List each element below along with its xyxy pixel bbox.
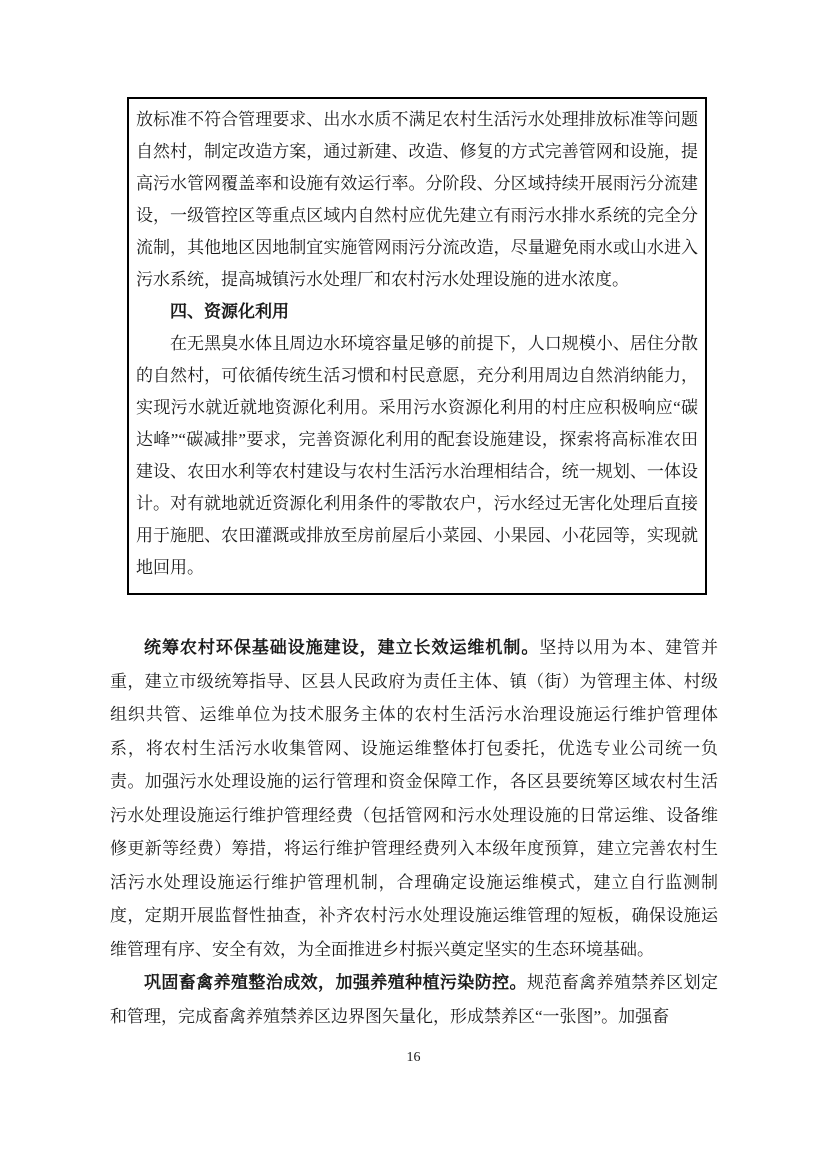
callout-box: 放标准不符合管理要求、出水水质不满足农村生活污水处理排放标准等问题自然村，制定改…: [127, 97, 707, 595]
paragraph-livestock: 巩固畜禽养殖整治成效，加强养殖种植污染防控。规范畜禽养殖禁养区划定和管理，完成畜…: [110, 966, 718, 1033]
box-continuation-paragraph: 放标准不符合管理要求、出水水质不满足农村生活污水处理排放标准等问题自然村，制定改…: [136, 104, 698, 296]
body-text: 统筹农村环保基础设施建设，建立长效运维机制。坚持以用为本、建管并重，建立市级统筹…: [110, 631, 718, 1033]
page-number: 16: [0, 1050, 827, 1066]
paragraph-lead-bold: 巩固畜禽养殖整治成效，加强养殖种植污染防控。: [144, 973, 527, 992]
paragraph-infrastructure: 统筹农村环保基础设施建设，建立长效运维机制。坚持以用为本、建管并重，建立市级统筹…: [110, 631, 718, 966]
paragraph-body-text: 坚持以用为本、建管并重，建立市级统筹指导、区县人民政府为责任主体、镇（街）为管理…: [110, 638, 718, 959]
box-section-paragraph: 在无黑臭水体且周边水环境容量足够的前提下，人口规模小、居住分散的自然村，可依循传…: [136, 328, 698, 584]
box-section-heading: 四、资源化利用: [136, 296, 698, 328]
paragraph-lead-bold: 统筹农村环保基础设施建设，建立长效运维机制。: [144, 638, 539, 657]
page-content: 放标准不符合管理要求、出水水质不满足农村生活污水处理排放标准等问题自然村，制定改…: [110, 97, 718, 1033]
document-page: 放标准不符合管理要求、出水水质不满足农村生活污水处理排放标准等问题自然村，制定改…: [0, 0, 827, 1170]
